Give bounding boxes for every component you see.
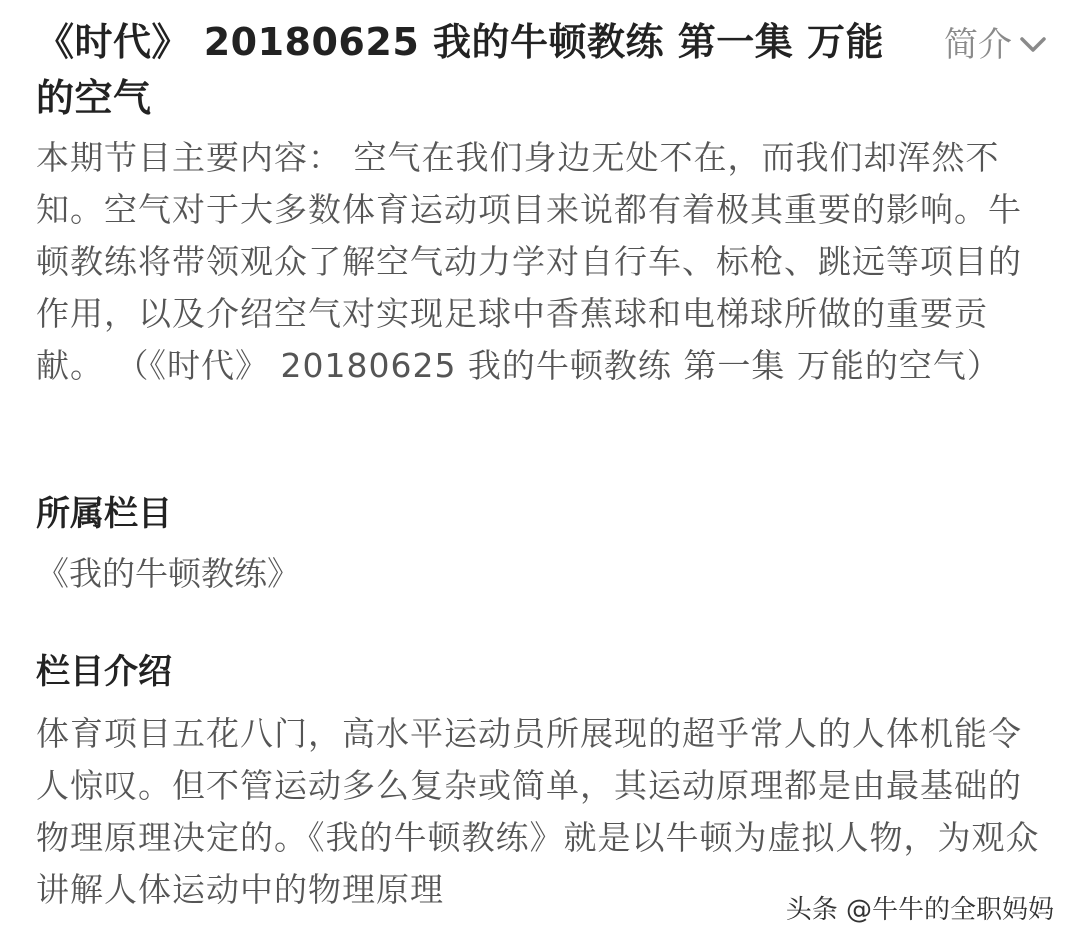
episode-summary: 本期节目主要内容： 空气在我们身边无处不在，而我们却浑然不知。空气对于大多数体育…	[36, 132, 1051, 392]
column-intro-heading: 栏目介绍	[36, 646, 172, 698]
intro-toggle-label: 简介	[944, 20, 1012, 70]
column-intro-text: 体育项目五花八门，高水平运动员所展现的超乎常人的人体机能令人惊叹。但不管运动多么…	[36, 708, 1051, 916]
episode-header: 《时代》 20180625 我的牛顿教练 第一集 万能的空气	[36, 14, 916, 126]
intro-toggle-button[interactable]: 简介	[944, 20, 1048, 70]
column-heading: 所属栏目	[36, 488, 172, 540]
chevron-down-icon	[1012, 20, 1048, 70]
watermark: 头条 @牛牛的全职妈妈	[786, 892, 1054, 928]
column-name-link[interactable]: 《我的牛顿教练》	[36, 548, 300, 600]
episode-title: 《时代》 20180625 我的牛顿教练 第一集 万能的空气	[36, 14, 916, 126]
